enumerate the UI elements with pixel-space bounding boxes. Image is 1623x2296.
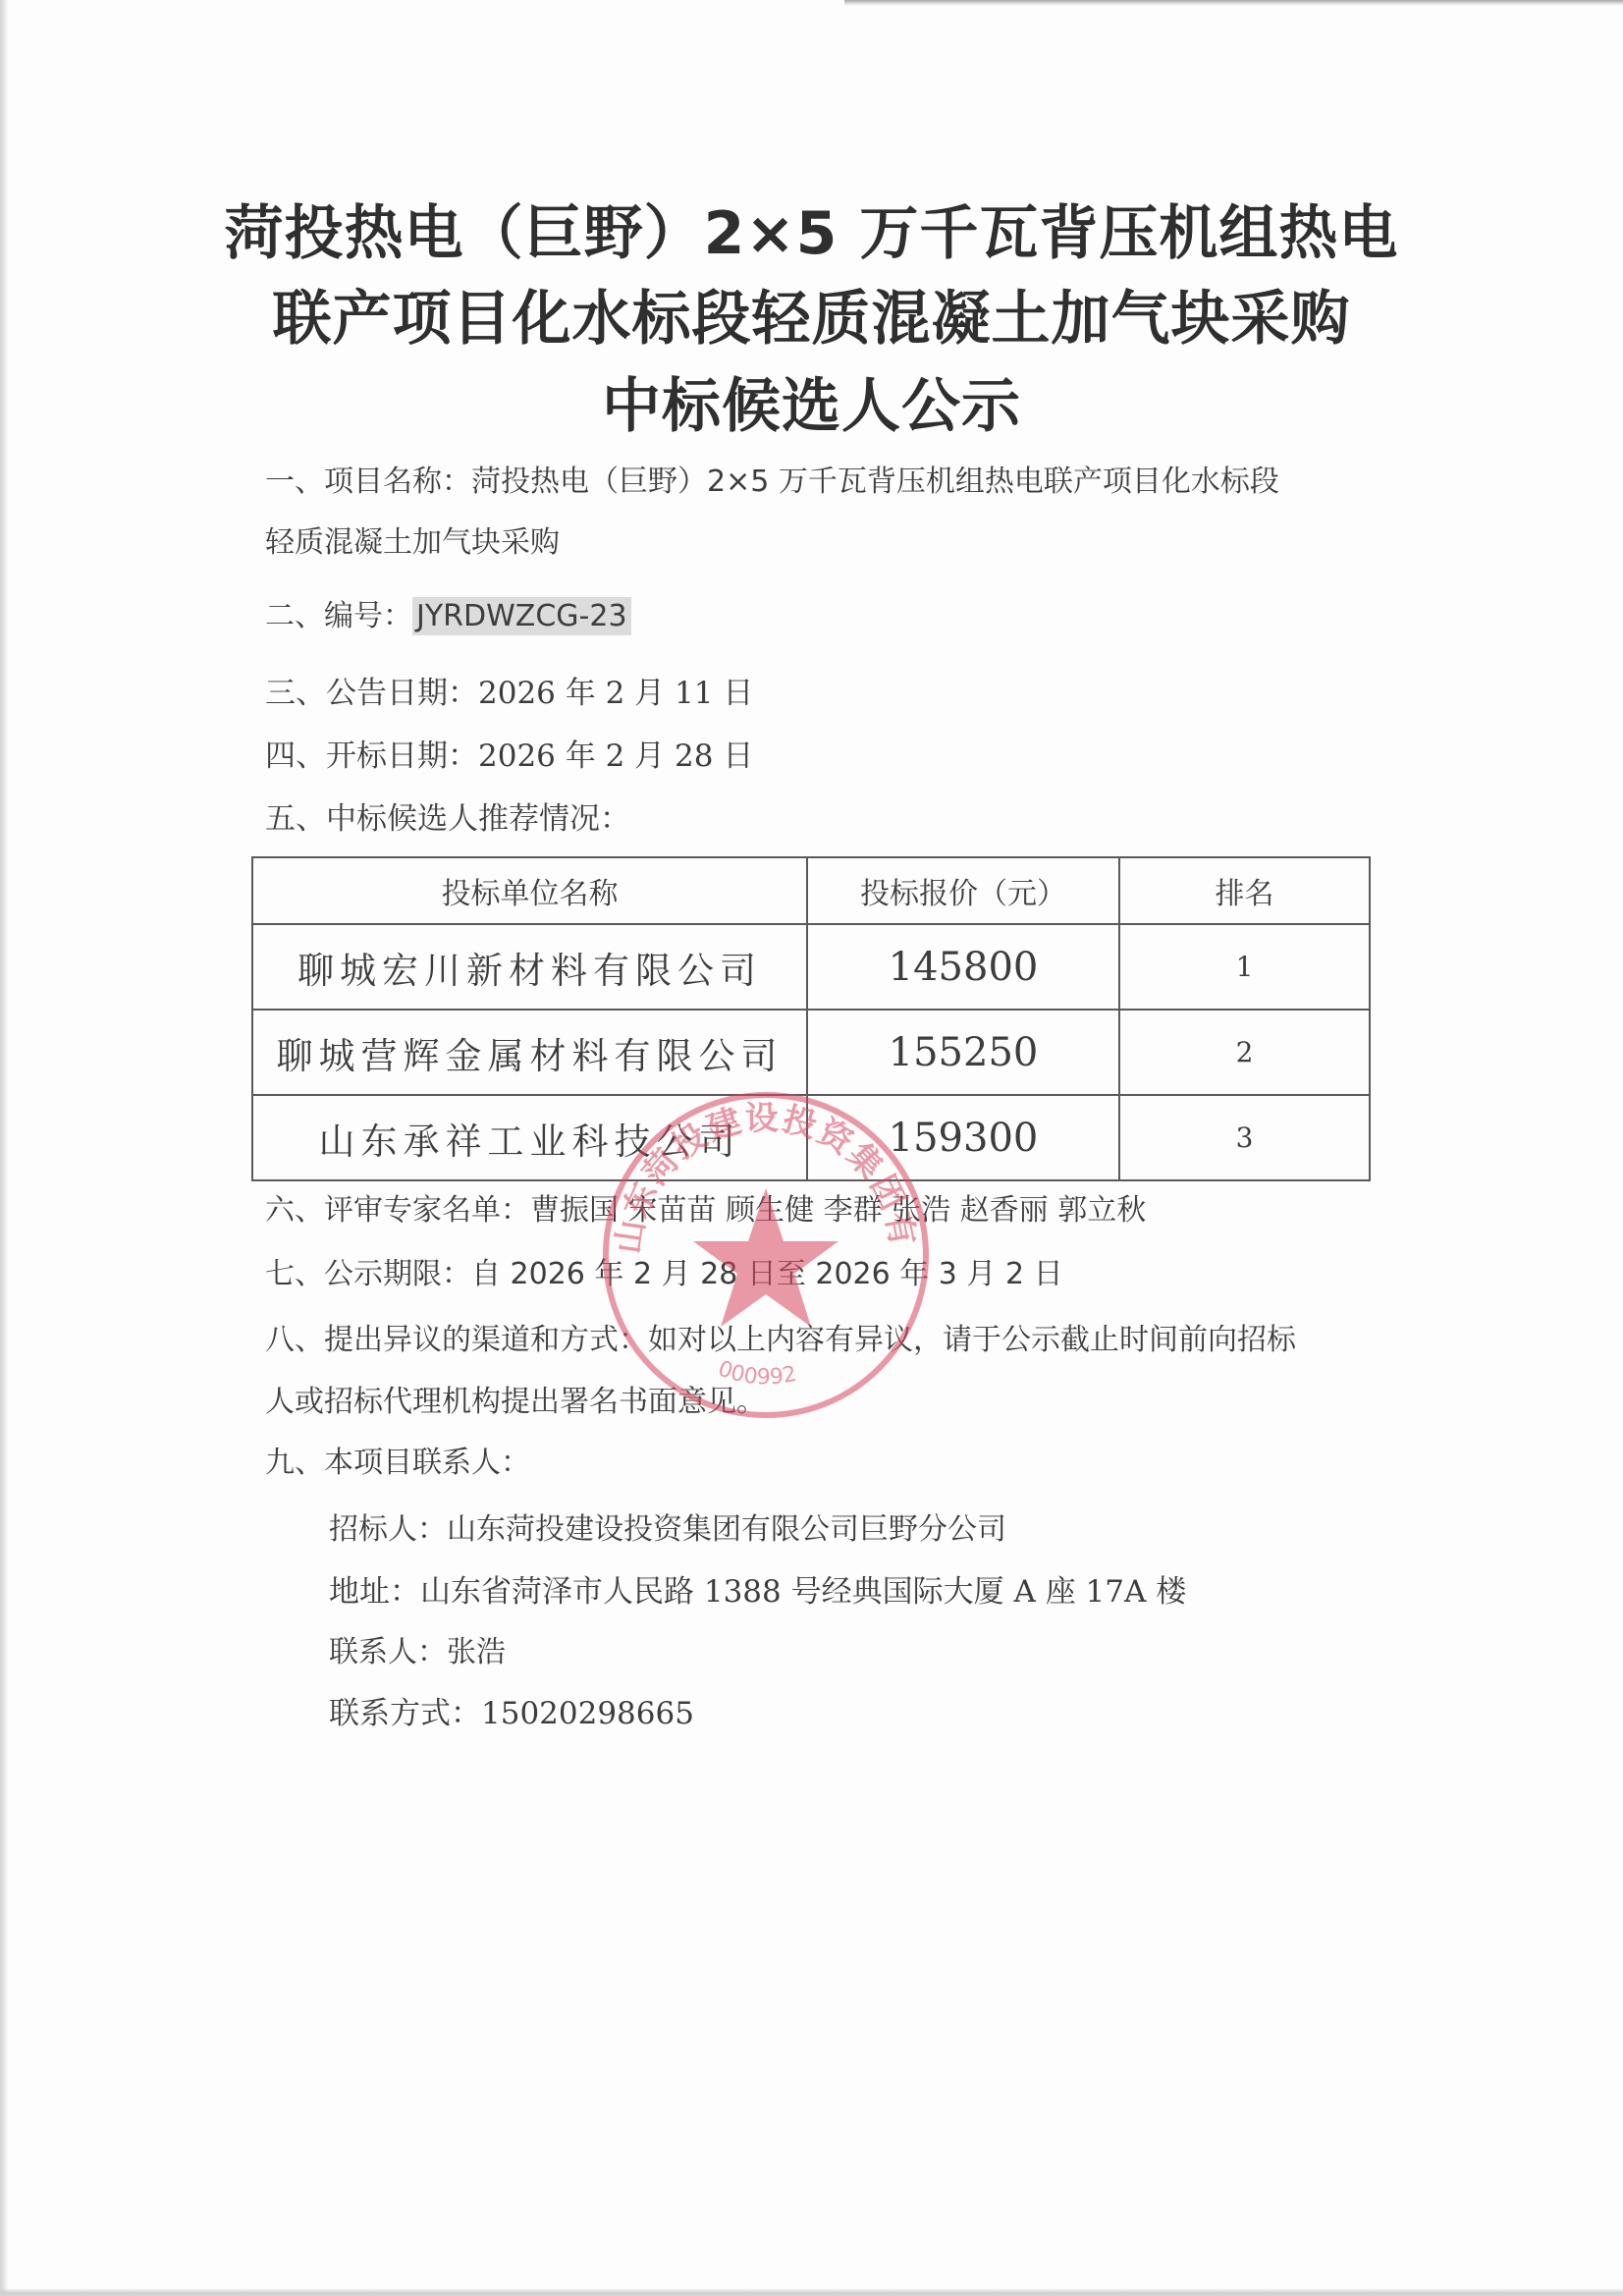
table-row: 山东承祥工业科技公司 159300 3 [252, 1095, 1370, 1180]
contact-phone: 联系方式：15020298665 [329, 1696, 694, 1731]
scan-edge-top [844, 0, 1623, 6]
rank: 2 [1119, 1010, 1370, 1095]
bid-price: 159300 [807, 1095, 1119, 1180]
code-row: 二、编号：JYRDWZCG-23 [265, 599, 631, 634]
table-row: 聊城宏川新材料有限公司 145800 1 [252, 924, 1370, 1010]
bid-price: 155250 [807, 1010, 1119, 1095]
candidates-heading: 五、中标候选人推荐情况： [265, 801, 630, 837]
title-line-1: 菏投热电（巨野）2×5 万千瓦背压机组热电 [0, 204, 1623, 263]
objection-line-2: 人或招标代理机构提出署名书面意见。 [265, 1385, 766, 1420]
header-rank: 排名 [1119, 857, 1370, 924]
announce-date: 三、公告日期：2026 年 2 月 11 日 [265, 676, 753, 711]
table-row: 聊城营辉金属材料有限公司 155250 2 [252, 1010, 1370, 1095]
code-label: 二、编号： [265, 599, 412, 633]
tenderer: 招标人：山东菏投建设投资集团有限公司巨野分公司 [329, 1512, 1006, 1548]
company-name: 聊城宏川新材料有限公司 [252, 924, 807, 1010]
experts-list: 六、评审专家名单：曹振国 宋苗苗 顾生健 李群 张浩 赵香丽 郭立秋 [265, 1193, 1146, 1229]
header-price: 投标报价（元） [807, 857, 1119, 924]
company-name: 聊城营辉金属材料有限公司 [252, 1010, 807, 1095]
title-line-2: 联产项目化水标段轻质混凝土加气块采购 [0, 290, 1623, 349]
project-name-line-1: 一、项目名称：菏投热电（巨野）2×5 万千瓦背压机组热电联产项目化水标段 [265, 465, 1279, 500]
scan-edge-bottom [0, 2288, 1623, 2296]
contacts-heading: 九、本项目联系人： [265, 1446, 530, 1481]
company-name: 山东承祥工业科技公司 [252, 1095, 807, 1180]
header-company: 投标单位名称 [252, 857, 807, 924]
address: 地址：山东省菏泽市人民路 1388 号经典国际大厦 A 座 17A 楼 [329, 1574, 1186, 1610]
rank: 1 [1119, 924, 1370, 1010]
open-date: 四、开标日期：2026 年 2 月 28 日 [265, 738, 753, 774]
contact-person: 联系人：张浩 [329, 1635, 506, 1670]
rank: 3 [1119, 1095, 1370, 1180]
title-line-3: 中标候选人公示 [0, 377, 1623, 436]
project-name-line-2: 轻质混凝土加气块采购 [265, 525, 560, 561]
bid-table: 投标单位名称 投标报价（元） 排名 聊城宏川新材料有限公司 145800 1 聊… [251, 856, 1371, 1181]
objection-line-1: 八、提出异议的渠道和方式：如对以上内容有异议，请于公示截止时间前向招标 [265, 1323, 1296, 1358]
code-value: JYRDWZCG-23 [412, 597, 631, 635]
bid-price: 145800 [807, 924, 1119, 1010]
table-header-row: 投标单位名称 投标报价（元） 排名 [252, 857, 1370, 924]
publicity-period: 七、公示期限：自 2026 年 2 月 28 日至 2026 年 3 月 2 日 [265, 1257, 1063, 1292]
